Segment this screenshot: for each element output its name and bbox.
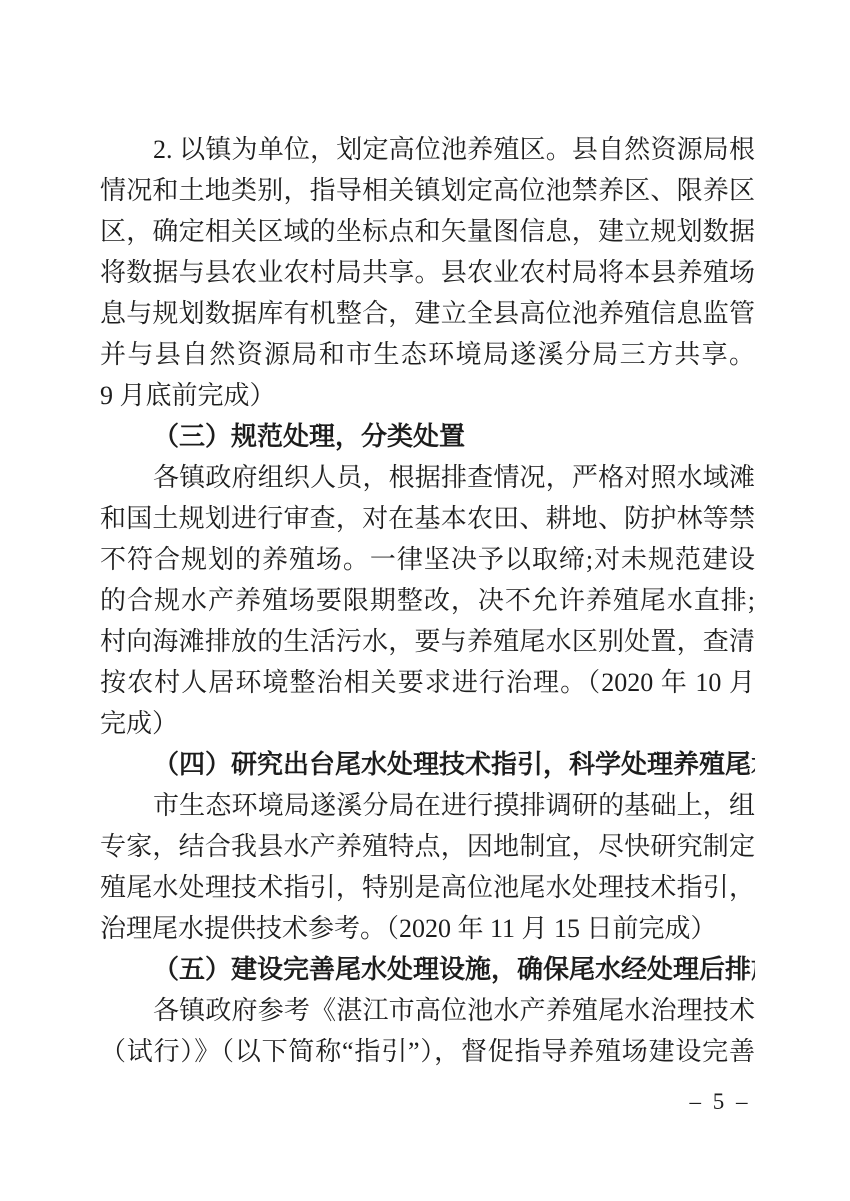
- text-line: 专家，结合我县水产养殖特点，因地制宜，尽快研究制定水产养: [100, 826, 755, 867]
- text-line: 殖尾水处理技术指引，特别是高位池尾水处理技术指引，为科学: [100, 867, 755, 908]
- text-line: 市生态环境局遂溪分局在进行摸排调研的基础上，组织有关: [100, 785, 755, 826]
- text-line: 息与规划数据库有机整合，建立全县高位池养殖信息监管平台，: [100, 293, 755, 334]
- text-line: （试行）》（以下简称“指引”），督促指导养殖场建设完善尾水: [100, 1031, 755, 1072]
- text-line: 和国土规划进行审查，对在基本农田、耕地、防护林等禁养区内: [100, 498, 755, 539]
- document-page: 2. 以镇为单位，划定高位池养殖区。县自然资源局根据排查情况和土地类别，指导相关…: [0, 0, 850, 1201]
- text-line: 各镇政府组织人员，根据排查情况，严格对照水域滩涂规划: [100, 457, 755, 498]
- section-heading: （三）规范处理，分类处置: [100, 416, 755, 457]
- text-line: 并与县自然资源局和市生态环境局遂溪分局三方共享。（2020 年: [100, 334, 755, 375]
- text-line: 情况和土地类别，指导相关镇划定高位池禁养区、限养区和养殖: [100, 170, 755, 211]
- text-line: 各镇政府参考《湛江市高位池水产养殖尾水治理技术指引: [100, 990, 755, 1031]
- text-line: 9 月底前完成）: [100, 375, 755, 416]
- text-line: 村向海滩排放的生活污水，要与养殖尾水区别处置，查清来源，: [100, 621, 755, 662]
- text-line: 区，确定相关区域的坐标点和矢量图信息，建立规划数据库，并: [100, 211, 755, 252]
- text-line: 不符合规划的养殖场。一律坚决予以取缔;对未规范建设排污口: [100, 539, 755, 580]
- document-body: 2. 以镇为单位，划定高位池养殖区。县自然资源局根据排查情况和土地类别，指导相关…: [100, 129, 755, 1072]
- text-line: 将数据与县农业农村局共享。县农业农村局将本县养殖场基本信: [100, 252, 755, 293]
- text-line: 按农村人居环境整治相关要求进行治理。（2020 年 10 月 15 日前: [100, 662, 755, 703]
- text-line: 完成）: [100, 703, 755, 744]
- text-line: 2. 以镇为单位，划定高位池养殖区。县自然资源局根据排查: [100, 129, 755, 170]
- section-heading: （五）建设完善尾水处理设施，确保尾水经处理后排放: [100, 949, 755, 990]
- text-line: 治理尾水提供技术参考。（2020 年 11 月 15 日前完成）: [100, 908, 755, 949]
- section-heading: （四）研究出台尾水处理技术指引，科学处理养殖尾水: [100, 744, 755, 785]
- text-line: 的合规水产养殖场要限期整改，决不允许养殖尾水直排;对镇、: [100, 580, 755, 621]
- page-number: – 5 –: [672, 1088, 768, 1116]
